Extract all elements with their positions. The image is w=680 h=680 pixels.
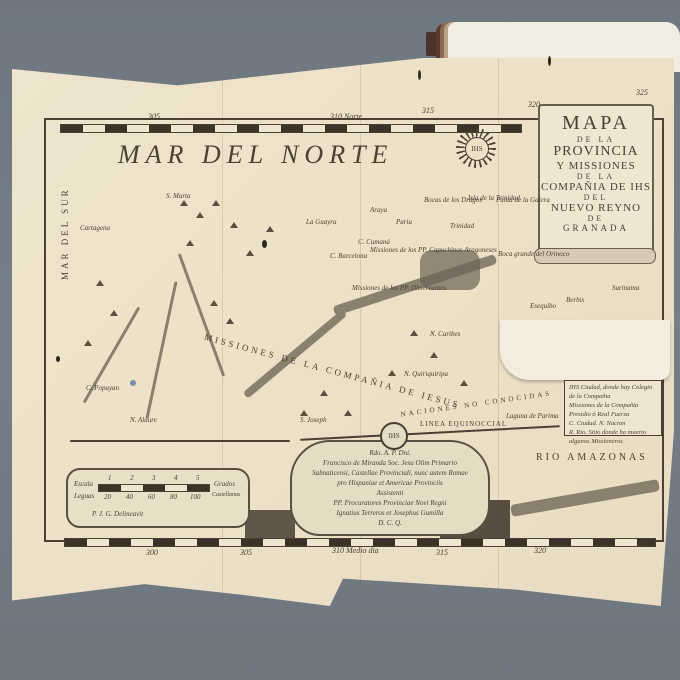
- dedication-cartouche: IHS Rdo. A. P. Dni. Francisco de Miranda…: [290, 440, 490, 536]
- title-line: DE: [540, 214, 652, 223]
- mountain-icon: [226, 318, 234, 324]
- label-cartagena: Cartagena: [80, 224, 110, 232]
- mountain-icon: [246, 250, 254, 256]
- title-line: GRANADA: [540, 223, 652, 233]
- mountain-icon: [344, 410, 352, 416]
- bottom-degree-label: 325: [636, 540, 648, 549]
- amazon-inset: RIO AMAZONAS: [500, 442, 660, 538]
- bottom-degree-label: 320: [534, 546, 546, 555]
- bottom-degree-label: 315: [436, 548, 448, 557]
- dedication-line: D. C. Q.: [292, 518, 488, 528]
- ink-stain: [262, 240, 267, 248]
- label-surinama: Surinama: [612, 284, 639, 292]
- label-boca-grande: Boca grande del Orinoco: [498, 250, 569, 258]
- scale-tick: 3: [152, 474, 156, 482]
- equator-line: [70, 440, 290, 442]
- label-la-guayra: La Guayra: [306, 218, 337, 226]
- paper-hole: [130, 380, 136, 386]
- map-legend: IHS Ciudad, donde hay Colegio de la Comp…: [564, 380, 662, 436]
- bottom-degree-label: 305: [240, 548, 252, 557]
- label-esequibo: Esequibo: [530, 302, 556, 310]
- legend-item: IHS Ciudad, donde hay Colegio de la Comp…: [569, 383, 657, 401]
- top-mid-label: Norte: [344, 112, 362, 121]
- mountain-icon: [210, 300, 218, 306]
- dedication-line: Ignatius Terreros et Josephus Gumilla: [292, 508, 488, 518]
- label-s-marta: S. Marta: [166, 192, 191, 200]
- scale-tick: 2: [130, 474, 134, 482]
- label-mar-del-sur: MAR DEL SUR: [60, 187, 70, 280]
- label-barcelona: C. Barcelona: [330, 252, 367, 260]
- title-line: DE LA: [540, 172, 652, 181]
- mountain-icon: [388, 370, 396, 376]
- top-degree-label: 305: [148, 112, 160, 121]
- ink-stain: [418, 70, 421, 80]
- mountain-icon: [460, 380, 468, 386]
- scale-tick: 5: [196, 474, 200, 482]
- scale-cartouche: Escala Leguas Grados Castellanas 1 2 3 4…: [66, 468, 250, 528]
- scale-tick: 20: [104, 493, 111, 501]
- scale-bar: [98, 484, 210, 492]
- amazon-river: [510, 479, 660, 517]
- label-laguna-parima: Laguna de Parima: [506, 412, 559, 420]
- title-line: COMPAÑIA DE IHS: [540, 181, 652, 193]
- scale-tick: 60: [148, 493, 155, 501]
- bottom-degree-label: 300: [146, 548, 158, 557]
- label-trinidad: Trinidad: [450, 222, 474, 230]
- scale-label-grados: Grados: [214, 480, 235, 488]
- mountain-icon: [84, 340, 92, 346]
- scale-tick: 80: [170, 493, 177, 501]
- label-rio-amazonas: RIO AMAZONAS: [536, 452, 648, 463]
- title-line: DEL: [540, 193, 652, 202]
- mountain-icon: [196, 212, 204, 218]
- dedication-line: Francisco de Miranda Soc. Jesu Olim Prim…: [292, 458, 488, 468]
- legend-item: C. Ciudad. N. Nacion: [569, 419, 657, 428]
- label-missiones-observantes: Missiones de los PP. Observantes: [352, 284, 446, 292]
- label-n-alaure: N. Alaure: [130, 416, 157, 424]
- label-popayan: C. Popayan: [86, 384, 119, 392]
- dedication-line: PP. Procuratores Provinciae Novi Regni: [292, 498, 488, 508]
- top-degree-label: 325: [636, 88, 648, 97]
- mountain-icon: [430, 352, 438, 358]
- title-mapa: MAPA: [540, 112, 652, 135]
- engraved-shading: [245, 510, 295, 538]
- scale-label-escala: Escala: [74, 480, 93, 488]
- label-quiriquiripa: N. Quiriquiripa: [404, 370, 448, 378]
- title-line: NUEVO REYNO: [540, 202, 652, 214]
- top-degree-label: 315: [422, 106, 434, 115]
- label-araya: Araya: [370, 206, 387, 214]
- scale-tick: 1: [108, 474, 112, 482]
- engraver-credit: P. J. G. Delineavit: [92, 510, 143, 518]
- bottom-mid-label: Medio dia: [346, 546, 379, 555]
- mountain-icon: [212, 200, 220, 206]
- ink-stain: [548, 56, 551, 66]
- scale-tick: 100: [190, 493, 201, 501]
- torn-paper-flap: [500, 320, 670, 380]
- mountain-icon: [266, 226, 274, 232]
- label-s-joseph: S. Joseph: [300, 416, 326, 424]
- scale-tick: 4: [174, 474, 178, 482]
- top-graduated-border: [60, 124, 522, 133]
- label-paria: Paria: [396, 218, 412, 226]
- mountain-icon: [110, 310, 118, 316]
- label-berbis: Berbis: [566, 296, 584, 304]
- legend-item: Presidio ó Real Fuerza: [569, 410, 657, 419]
- label-missiones-capuchinos: Missiones de los PP. Capuchinos Aragones…: [370, 246, 497, 254]
- title-line: Y MISSIONES: [540, 160, 652, 172]
- title-line: PROVINCIA: [540, 144, 652, 160]
- title-cartouche: MAPA DE LA PROVINCIA Y MISSIONES DE LA C…: [538, 104, 654, 256]
- label-punta-galera: Punta de la Galera: [496, 196, 550, 204]
- label-n-caribes: N. Caribes: [430, 330, 460, 338]
- ihs-emblem-icon: IHS: [380, 422, 408, 450]
- dedication-line: Salmaticensi, Castellae Provinciali, nun…: [292, 468, 488, 478]
- ink-stain: [56, 356, 60, 362]
- mountain-icon: [180, 200, 188, 206]
- book-spine: [426, 32, 450, 56]
- sea-label-mar-del-norte: MAR DEL NORTE: [118, 140, 393, 170]
- mountain-icon: [96, 280, 104, 286]
- legend-item: Missiones de la Compañia: [569, 401, 657, 410]
- mountain-icon: [186, 240, 194, 246]
- bottom-degree-label: 310: [332, 546, 344, 555]
- dedication-line: pro Hispaniae et Americae Provinciis: [292, 478, 488, 488]
- mountain-icon: [320, 390, 328, 396]
- ihs-text: IHS: [465, 137, 489, 161]
- mountain-icon: [230, 222, 238, 228]
- top-degree-label: 310: [330, 112, 342, 121]
- mountain-icon: [410, 330, 418, 336]
- ihs-sunburst-icon: IHS: [456, 128, 496, 168]
- scale-label-leguas: Leguas: [74, 492, 94, 500]
- label-cumana: C. Cumaná: [358, 238, 390, 246]
- label-linea-equinoccial: LINEA EQUINOCCIAL: [420, 420, 507, 428]
- dedication-line: Assistenti: [292, 488, 488, 498]
- title-line: DE LA: [540, 135, 652, 144]
- scale-label-castellanas: Castellanas: [212, 492, 240, 498]
- scale-tick: 40: [126, 493, 133, 501]
